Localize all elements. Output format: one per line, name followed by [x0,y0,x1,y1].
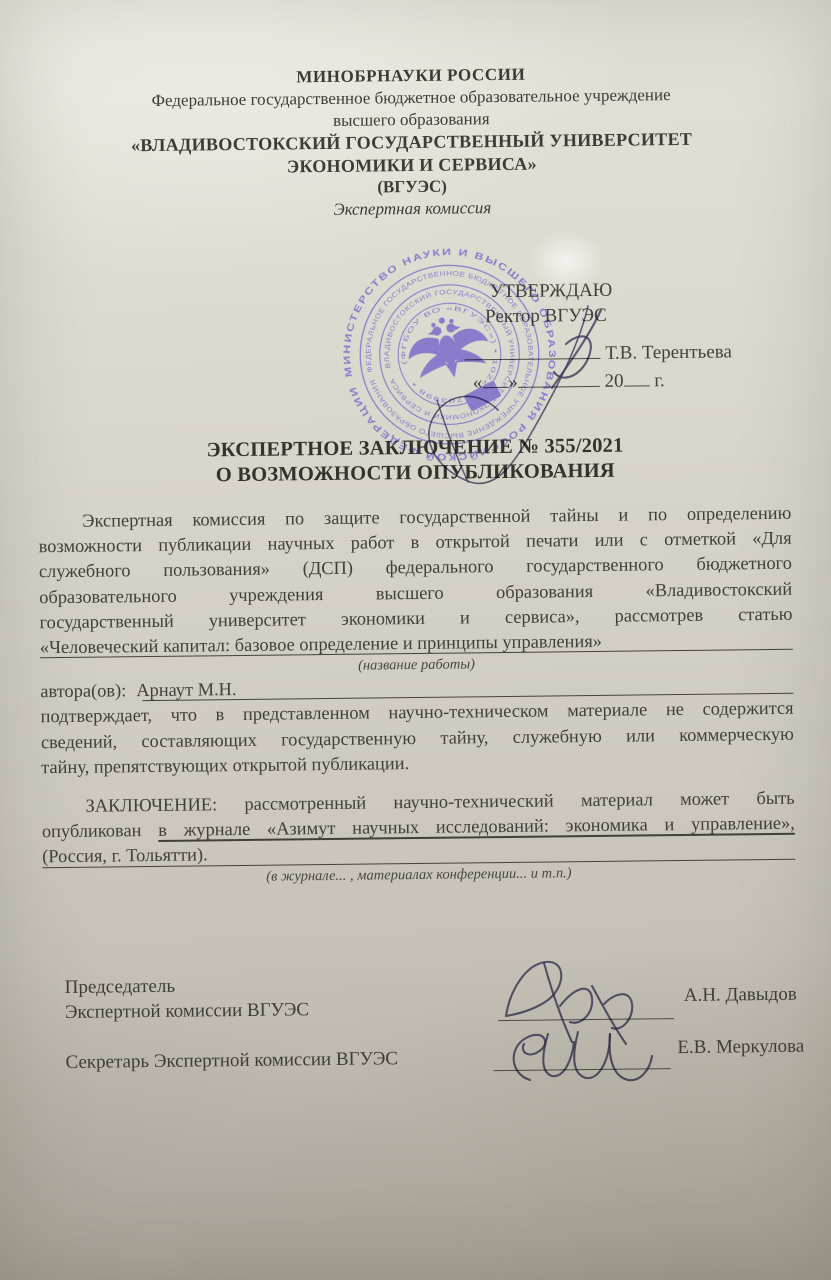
scanned-document-photo: МИНОБРНАУКИ РОССИИ Федеральное государст… [0,0,831,1280]
journal-name: в журнале «Азимут научных исследований: … [158,813,795,840]
conclusion-prefix: опубликован [42,820,142,841]
chairman-signature-line [498,998,674,1021]
journal-location: (Россия, г. Тольятти). [42,843,208,870]
year-blank [623,370,649,386]
document-title: ЭКСПЕРТНОЕ ЗАКЛЮЧЕНИЕ № 355/2021 О ВОЗМО… [0,431,831,490]
document-sheet: МИНОБРНАУКИ РОССИИ Федеральное государст… [0,0,831,1280]
org-header: МИНОБРНАУКИ РОССИИ Федеральное государст… [0,59,828,224]
approver-name: Т.В. Терентьева [605,341,732,363]
year-prefix: 20 [604,371,623,392]
secretary-role: Секретарь Экспертной комиссии ВГУЭС [65,1046,398,1075]
chairman-role-line-1: Председатель [65,974,176,1000]
authors-value: Арнаут М.Н. [136,677,236,703]
chairman-role-line-2: Экспертной комиссии ВГУЭС [65,997,309,1025]
authors-label: автора(ов): [40,679,126,705]
secretary-signature-line [493,1048,670,1071]
year-suffix: г. [654,370,665,391]
secretary-name: Е.В. Меркулова [677,1036,804,1059]
chairman-name: А.Н. Давыдов [684,984,797,1007]
conclusion-block: ЗАКЛЮЧЕНИЕ: рассмотренный научно-техниче… [41,786,795,889]
document-body: Экспертная комиссия по защите государств… [38,501,795,889]
